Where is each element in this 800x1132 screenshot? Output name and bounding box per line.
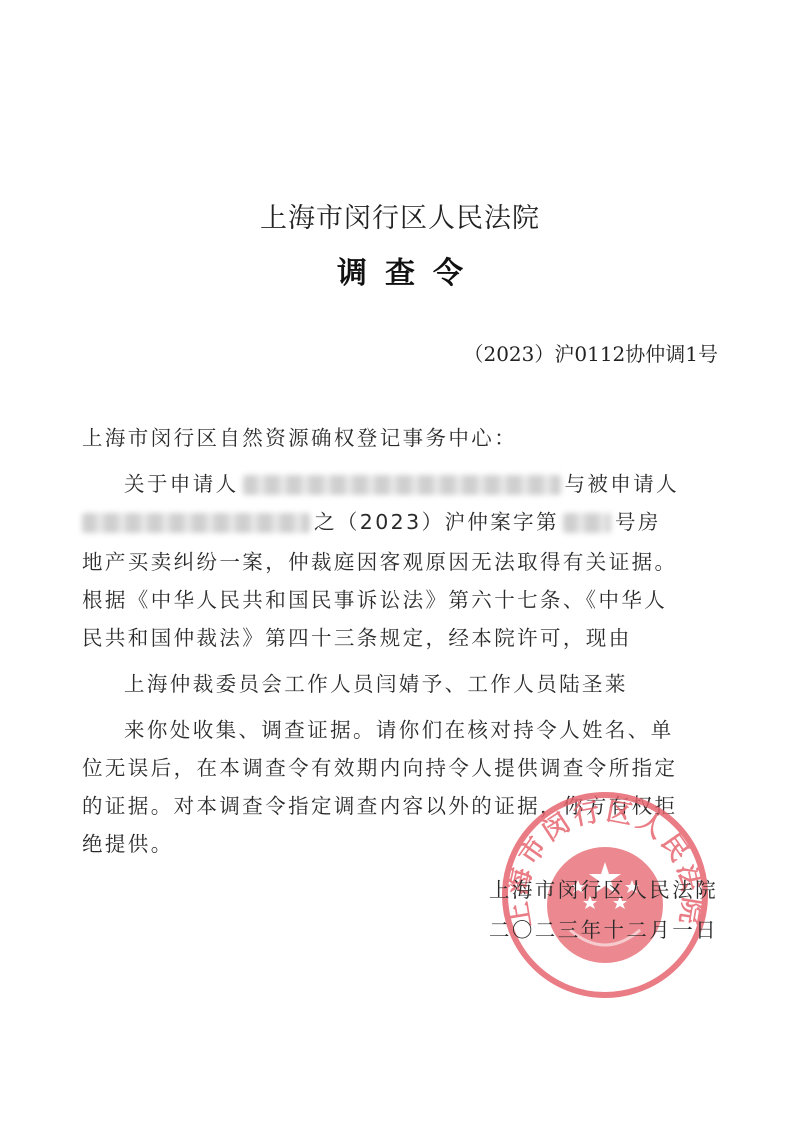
- redacted-applicant-name: [243, 475, 561, 495]
- paragraph-2-line-1: 上海仲裁委员会工作人员闫婧予、工作人员陆圣莱: [124, 667, 628, 697]
- redacted-respondent-name: [82, 513, 310, 533]
- paragraph-1-line-2: 之（2023）沪仲案字第号房: [82, 505, 661, 535]
- document-title: 调查令: [0, 248, 800, 292]
- case-number: （2023）沪0112协仲调1号: [463, 338, 718, 367]
- paragraph-1-line-4: 根据《中华人民共和国民事诉讼法》第六十七条、《中华人: [82, 583, 667, 613]
- case-ref-suffix: 号房: [615, 510, 661, 534]
- paragraph-3-line-4: 绝提供。: [82, 827, 174, 857]
- applicant-prefix: 关于申请人: [124, 472, 239, 496]
- paragraph-1-line-5: 民共和国仲裁法》第四十三条规定，经本院许可，现由: [82, 621, 632, 651]
- respondent-prefix: 与被申请人: [565, 472, 680, 496]
- recipient-line: 上海市闵行区自然资源确权登记事务中心：: [82, 421, 517, 451]
- redacted-case-serial: [563, 513, 611, 533]
- paragraph-1-line-3: 地产买卖纠纷一案，仲裁庭因客观原因无法取得有关证据。: [82, 545, 677, 575]
- signature-date: 二〇二三年十二月一日: [489, 913, 718, 943]
- case-ref-text: 之（2023）沪仲案字第: [314, 510, 559, 534]
- paragraph-1-line-1: 关于申请人与被申请人: [124, 467, 679, 497]
- paragraph-3-line-1: 来你处收集、调查证据。请你们在核对持令人姓名、单: [124, 713, 674, 743]
- court-name-heading: 上海市闵行区人民法院: [0, 196, 800, 235]
- signature-court-name: 上海市闵行区人民法院: [489, 873, 718, 903]
- paragraph-3-line-2: 位无误后，在本调查令有效期内向持令人提供调查令所指定: [82, 751, 677, 781]
